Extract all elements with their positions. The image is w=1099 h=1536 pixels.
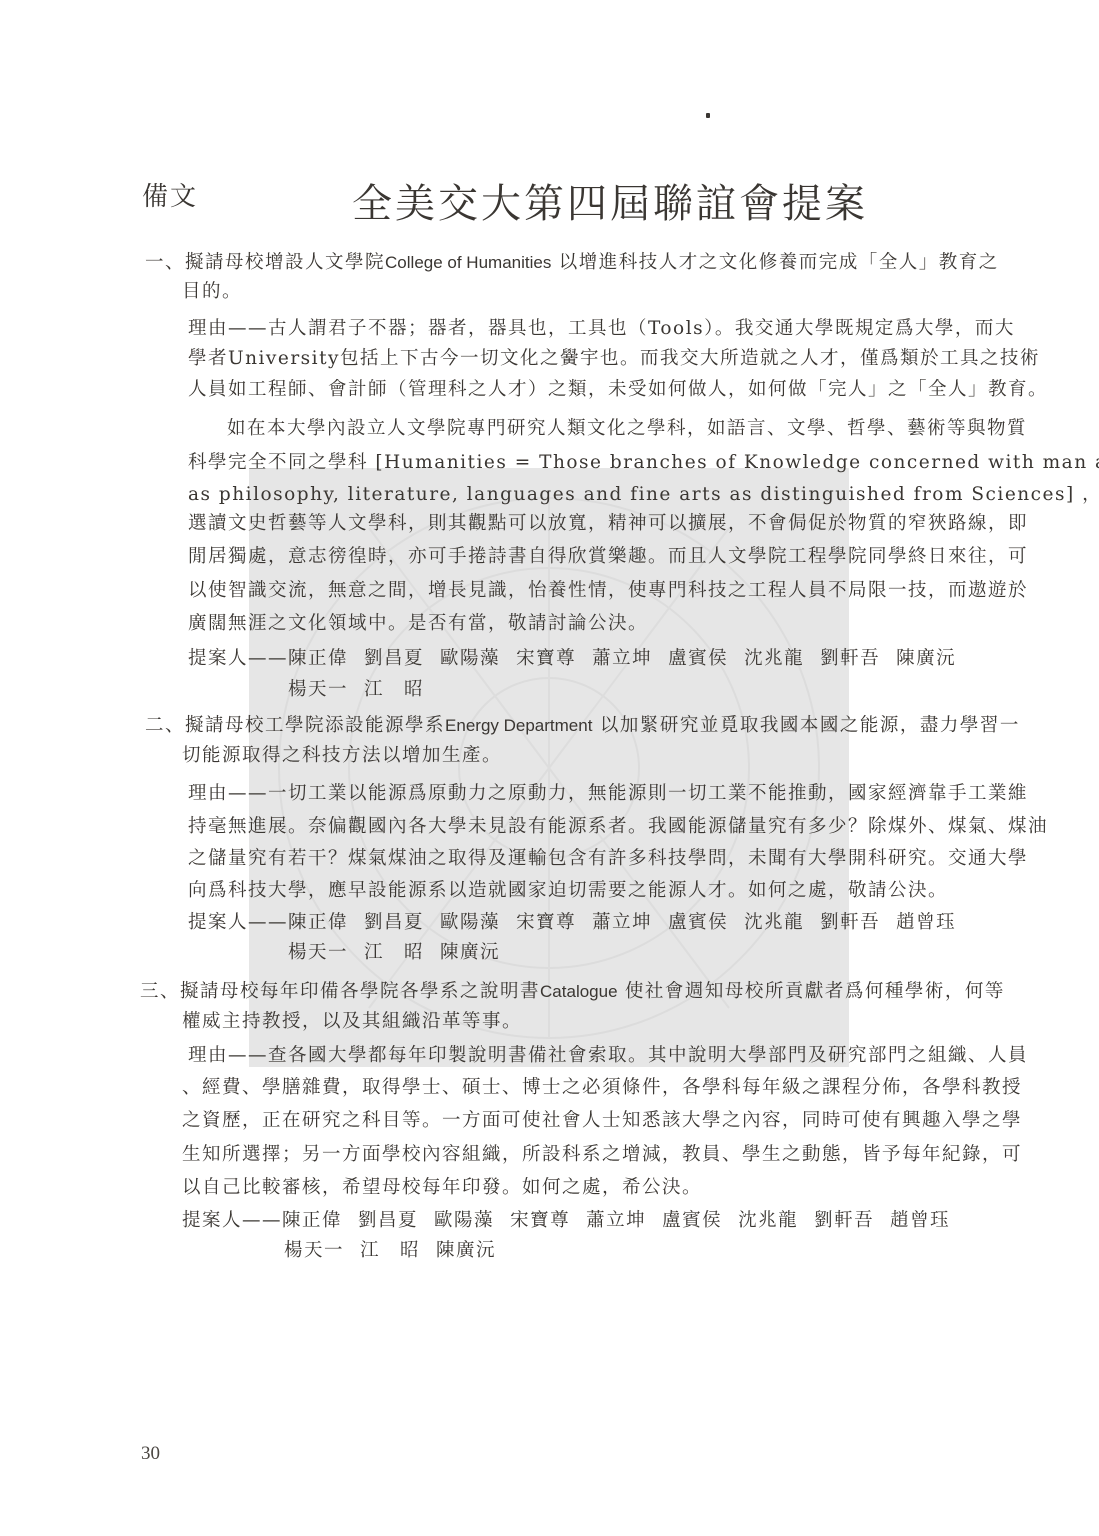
- reason-line: 理由——古人謂君子不器；器者，器具也，工具也（Tools）。我交通大學既規定爲大…: [188, 316, 1015, 342]
- reason-text: 一切工業以能源爲原動力之原動力，無能源則一切工業不能推動，國家經濟靠手工業維: [268, 783, 1028, 804]
- proposer-name: 沈兆龍: [738, 1208, 798, 1234]
- proposer-name: 歐陽藻: [440, 910, 500, 936]
- heading-text: 擬請母校工學院添設能源學系: [185, 715, 445, 736]
- reason-line: 、經費、學膳雜費，取得學士、碩士、博士之必須條件，各學科每年級之課程分佈，各學科…: [182, 1075, 1022, 1101]
- heading-text-cont: 以增進科技人才之文化修養而完成「全人」教育之: [551, 252, 998, 273]
- print-speck: [706, 113, 710, 118]
- proposer-name: 歐陽藻: [434, 1208, 494, 1234]
- proposer-name: 楊天一: [288, 677, 348, 703]
- proposer-name: 陳正偉: [288, 646, 348, 672]
- heading-text: 擬請母校每年印備各學院各學系之說明書: [180, 981, 540, 1002]
- proposer-name: 劉軒吾: [820, 646, 880, 672]
- reason-text: 古人謂君子不器；器者，器具也，工具也（Tools）。我交通大學既規定爲大學，而大: [268, 318, 1015, 339]
- heading-english: College of Humanities: [385, 253, 551, 272]
- page-number: 30: [141, 1443, 160, 1465]
- reason-line: 生知所選擇；另一方面學校內容組織，所設科系之增減，教員、學生之動態，皆予每年紀錄…: [182, 1142, 1022, 1168]
- proposer-name: 江 昭: [360, 1238, 420, 1264]
- proposer-name: 趙曾珏: [890, 1208, 950, 1234]
- proposer-name: 宋寶尊: [516, 910, 576, 936]
- proposer-name: 江 昭: [364, 677, 424, 703]
- proposers-row: 提案人——陳正偉劉昌夏歐陽藻宋寶尊蕭立坤盧賓侯沈兆龍劉軒吾陳廣沅: [188, 646, 972, 672]
- proposer-name: 蕭立坤: [592, 910, 652, 936]
- proposer-name: 劉軒吾: [814, 1208, 874, 1234]
- proposer-name: 宋寶尊: [510, 1208, 570, 1234]
- reason-line: 閒居獨處，意志徬徨時，亦可手捲詩書自得欣賞樂趣。而且人文學院工程學院同學終日來往…: [188, 544, 1028, 570]
- section-label: 備文: [142, 176, 198, 213]
- proposal-number: 三、: [140, 981, 180, 1002]
- proposer-name: 劉昌夏: [364, 646, 424, 672]
- reason-line: 之儲量究有若干？煤氣煤油之取得及運輸包含有許多科技學問，未聞有大學開科研究。交通…: [188, 846, 1028, 872]
- proposer-name: 陳正偉: [288, 910, 348, 936]
- proposer-name: 沈兆龍: [744, 646, 804, 672]
- heading-text: 擬請母校增設人文學院: [185, 252, 385, 273]
- proposer-name: 蕭立坤: [586, 1208, 646, 1234]
- proposers-label: 提案人——: [182, 1208, 282, 1234]
- reason-line: 之資歷，正在研究之科目等。一方面可使社會人士知悉該大學之內容，同時可使有興趣入學…: [182, 1108, 1022, 1134]
- proposer-name: 盧賓侯: [662, 1208, 722, 1234]
- proposal-heading-cont: 權威主持教授，以及其組織沿革等事。: [182, 1009, 522, 1035]
- reason-line: 持毫無進展。奈偏觀國內各大學未見設有能源系者。我國能源儲量究有多少？除煤外、煤氣…: [188, 814, 1048, 840]
- reason-line: 向爲科技大學，應早設能源系以造就國家迫切需要之能源人才。如何之處，敬請公決。: [188, 878, 948, 904]
- proposer-name: 楊天一: [288, 940, 348, 966]
- reason-line: 學者University包括上下古今一切文化之黌宇也。而我交大所造就之人才，僅爲…: [188, 346, 1040, 372]
- reason-line: 人員如工程師、會計師（管理科之人才）之類，未受如何做人，如何做「完人」之「全人」…: [188, 377, 1048, 403]
- proposer-name: 楊天一: [284, 1238, 344, 1264]
- reason-line: as philosophy, literature, languages and…: [188, 482, 1099, 508]
- heading-text-cont: 使社會週知母校所貢獻者爲何種學術，何等: [618, 981, 1005, 1002]
- proposer-name: 陳廣沅: [896, 646, 956, 672]
- proposer-name: 蕭立坤: [592, 646, 652, 672]
- proposers-row: 提案人——陳正偉劉昌夏歐陽藻宋寶尊蕭立坤盧賓侯沈兆龍劉軒吾趙曾珏: [188, 910, 972, 936]
- proposer-name: 劉昌夏: [364, 910, 424, 936]
- reason-line: 以使智識交流，無意之間，增長見識，怡養性情，使專門科技之工程人員不局限一技，而遨…: [188, 578, 1028, 604]
- reason-line: 理由——查各國大學都每年印製說明書備社會索取。其中說明大學部門及研究部門之組織、…: [188, 1043, 1028, 1069]
- proposer-name: 歐陽藻: [440, 646, 500, 672]
- heading-english: Energy Department: [445, 716, 592, 735]
- reason-line: 如在本大學內設立人文學院專門研究人類文化之學科，如語言、文學、哲學、藝術等與物質: [227, 416, 1027, 442]
- proposer-name: 劉軒吾: [820, 910, 880, 936]
- proposal-number: 二、: [145, 715, 185, 736]
- proposers-row-cont: 楊天一江 昭: [288, 677, 440, 703]
- proposal-heading: 三、擬請母校每年印備各學院各學系之說明書Catalogue 使社會週知母校所貢獻…: [140, 979, 1005, 1005]
- proposal-heading: 一、擬請母校增設人文學院College of Humanities 以增進科技人…: [145, 250, 999, 276]
- proposers-label: 提案人——: [188, 646, 288, 672]
- proposer-name: 陳正偉: [282, 1208, 342, 1234]
- reason-line: 廣闊無涯之文化領域中。是否有當，敬請討論公決。: [188, 611, 648, 637]
- proposers-label: 提案人——: [188, 910, 288, 936]
- proposer-name: 趙曾珏: [896, 910, 956, 936]
- proposer-name: 沈兆龍: [744, 910, 804, 936]
- reason-text: 查各國大學都每年印製說明書備社會索取。其中說明大學部門及研究部門之組織、人員: [268, 1045, 1028, 1066]
- reason-line: 科學完全不同之學科 [Humanities = Those branches o…: [188, 450, 1099, 476]
- page-title: 全美交大第四屆聯誼會提案: [352, 172, 868, 229]
- proposal-number: 一、: [145, 252, 185, 273]
- proposer-name: 陳廣沅: [436, 1238, 496, 1264]
- proposers-row-cont: 楊天一江 昭陳廣沅: [288, 940, 516, 966]
- proposers-row-cont: 楊天一江 昭陳廣沅: [284, 1238, 512, 1264]
- proposal-heading-cont: 目的。: [182, 279, 242, 305]
- proposer-name: 劉昌夏: [358, 1208, 418, 1234]
- proposer-name: 宋寶尊: [516, 646, 576, 672]
- reason-label: 理由——: [188, 783, 268, 804]
- proposal-heading: 二、擬請母校工學院添設能源學系Energy Department 以加緊研究並覓…: [145, 713, 1020, 739]
- reason-line: 選讀文史哲藝等人文學科，則其觀點可以放寬，精神可以擴展，不會侷促於物質的窄狹路線…: [188, 511, 1028, 537]
- proposer-name: 盧賓侯: [668, 910, 728, 936]
- proposal-heading-cont: 切能源取得之科技方法以增加生產。: [182, 743, 502, 769]
- proposer-name: 江 昭: [364, 940, 424, 966]
- proposer-name: 陳廣沅: [440, 940, 500, 966]
- reason-label: 理由——: [188, 1045, 268, 1066]
- reason-line: 理由——一切工業以能源爲原動力之原動力，無能源則一切工業不能推動，國家經濟靠手工…: [188, 781, 1028, 807]
- proposer-name: 盧賓侯: [668, 646, 728, 672]
- heading-text-cont: 以加緊研究並覓取我國本國之能源，盡力學習一: [592, 715, 1019, 736]
- reason-label: 理由——: [188, 318, 268, 339]
- proposers-row: 提案人——陳正偉劉昌夏歐陽藻宋寶尊蕭立坤盧賓侯沈兆龍劉軒吾趙曾珏: [182, 1208, 966, 1234]
- heading-english: Catalogue: [540, 982, 618, 1001]
- reason-line: 以自己比較審核，希望母校每年印發。如何之處，希公決。: [182, 1175, 702, 1201]
